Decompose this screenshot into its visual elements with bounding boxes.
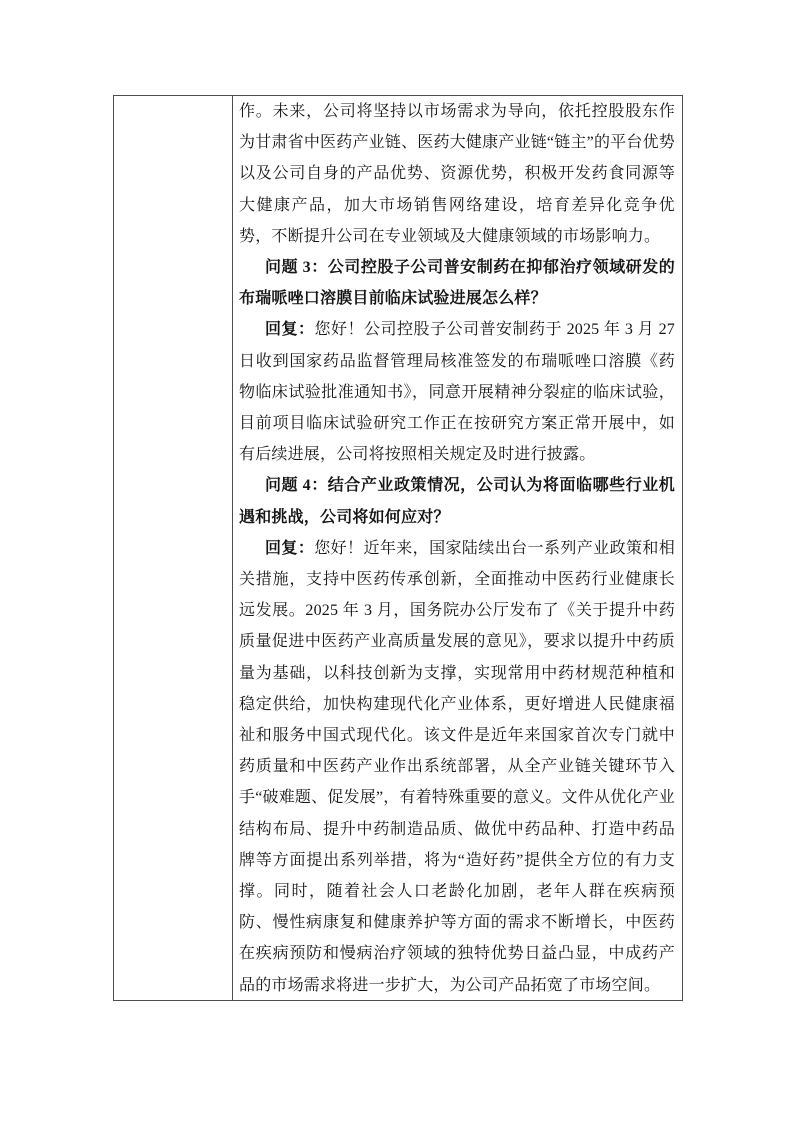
table-left-label-cell — [114, 96, 233, 1000]
reply-3-label: 回复： — [265, 321, 315, 338]
question-3-heading: 问题 3：公司控股子公司普安制药在抑郁治疗领域研发的布瑞哌唑口溶膜目前临床试验进… — [239, 252, 675, 314]
reply-4-paragraph: 回复：您好！近年来，国家陆续出台一系列产业政策和相关措施，支持中医药传承创新，全… — [239, 533, 675, 1000]
reply-4-text: 您好！近年来，国家陆续出台一系列产业政策和相关措施，支持中医药传承创新，全面推动… — [239, 540, 675, 994]
table-right-content-cell: 作。未来，公司将坚持以市场需求为导向，依托控股股东作为甘肃省中医药产业链、医药大… — [233, 96, 682, 1000]
qa-table: 作。未来，公司将坚持以市场需求为导向，依托控股股东作为甘肃省中医药产业链、医药大… — [113, 95, 683, 1001]
reply-3-paragraph: 回复：您好！公司控股子公司普安制药于 2025 年 3 月 27 日收到国家药品… — [239, 314, 675, 470]
reply-4-label: 回复： — [265, 540, 314, 557]
reply-3-text: 您好！公司控股子公司普安制药于 2025 年 3 月 27 日收到国家药品监督管… — [239, 321, 675, 463]
question-4-heading: 问题 4：结合产业政策情况，公司认为将面临哪些行业机遇和挑战，公司将如何应对？ — [239, 470, 675, 532]
paragraph-continuation: 作。未来，公司将坚持以市场需求为导向，依托控股股东作为甘肃省中医药产业链、医药大… — [239, 96, 675, 252]
document-page: 作。未来，公司将坚持以市场需求为导向，依托控股股东作为甘肃省中医药产业链、医药大… — [0, 0, 794, 1122]
